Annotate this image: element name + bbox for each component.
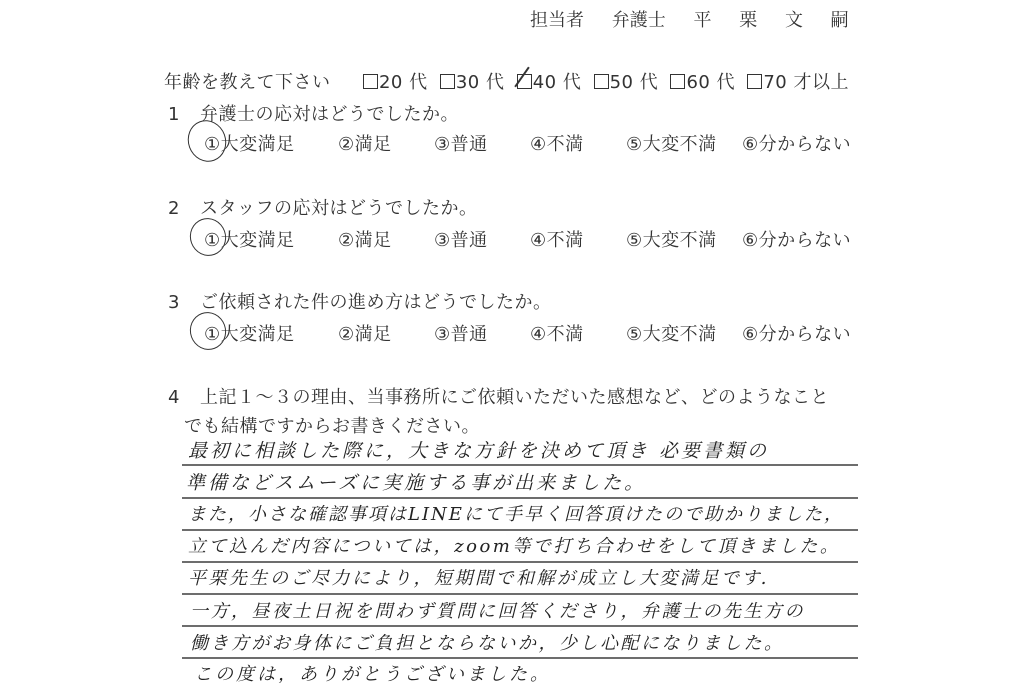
handwritten-line: 働き方がお身体にご負担とならないか，少し心配になりました。 [190, 629, 785, 655]
option-unknown[interactable]: ⑥分からない [742, 226, 851, 252]
age-option-label: 50 代 [610, 72, 659, 93]
option-neutral[interactable]: ③普通 [434, 320, 530, 346]
option-very-dissatisfied[interactable]: ⑤大変不満 [626, 130, 742, 156]
age-checkbox-70plus[interactable] [747, 74, 762, 89]
answer-rule [182, 657, 858, 659]
option-very-dissatisfied[interactable]: ⑤大変不満 [626, 226, 742, 252]
option-satisfied[interactable]: ②満足 [338, 320, 434, 346]
age-checkbox-60s[interactable] [670, 74, 685, 89]
option-neutral[interactable]: ③普通 [434, 226, 530, 252]
option-unknown[interactable]: ⑥分からない [742, 130, 851, 156]
question-4: 4上記１～３の理由、当事務所にご依頼いただいた感想など、どのようなこと [168, 383, 829, 409]
question-4-continued: でも結構ですからお書きください。 [184, 412, 480, 438]
handwritten-line: 準備などスムーズに実施する事が出来ました。 [186, 468, 646, 495]
age-option-label: 30 代 [456, 72, 505, 93]
age-checkbox-50s[interactable] [594, 74, 609, 89]
handwritten-line: また，小さな確認事項はLINEにて手早く回答頂けたので助かりました， [188, 500, 844, 526]
age-option-label: 60 代 [686, 72, 735, 93]
question-3-options: ①大変満足②満足③普通④不満⑤大変不満⑥分からない [204, 320, 851, 346]
age-prompt: 年齢を教えて下さい [164, 72, 331, 93]
staff-name-1: 平 [693, 10, 711, 31]
option-unknown[interactable]: ⑥分からない [742, 320, 851, 346]
option-satisfied[interactable]: ②満足 [338, 130, 434, 156]
question-number: 4 [168, 387, 200, 408]
age-option-label: 20 代 [379, 72, 428, 93]
staff-title: 弁護士 [612, 10, 666, 31]
staff-name-3: 文 [785, 10, 803, 31]
selection-circle-mark [185, 307, 232, 355]
answer-rule [182, 464, 858, 466]
handwritten-line: 一方，昼夜土日祝を問わず質問に回答くださり，弁護士の先生方の [190, 597, 805, 623]
question-text: 上記１～３の理由、当事務所にご依頼いただいた感想など、どのようなこと [200, 387, 829, 408]
option-very-dissatisfied[interactable]: ⑤大変不満 [626, 320, 742, 346]
option-satisfied[interactable]: ②満足 [338, 226, 434, 252]
question-number: 1 [168, 104, 200, 125]
answer-rule [182, 529, 858, 531]
question-1-options: ①大変満足②満足③普通④不満⑤大変不満⑥分からない [204, 130, 851, 156]
age-checkbox-30s[interactable] [440, 74, 455, 89]
staff-header: 担当者 弁護士 平 栗 文 嗣 [530, 6, 871, 32]
question-2: 2スタッフの応対はどうでしたか。 [168, 194, 478, 220]
age-option-label: 70 才以上 [763, 72, 849, 93]
staff-name-2: 栗 [739, 10, 757, 31]
handwritten-line: 最初に相談した際に，大きな方針を決めて頂き 必要書類の [188, 436, 769, 463]
question-number: 2 [168, 198, 200, 219]
option-dissatisfied[interactable]: ④不満 [530, 130, 626, 156]
handwritten-line: この度は，ありがとうございました。 [194, 660, 551, 683]
question-text: ご依頼された件の進め方はどうでしたか。 [200, 292, 552, 313]
option-neutral[interactable]: ③普通 [434, 130, 530, 156]
age-option-label: 40 代 [533, 72, 582, 93]
age-checkbox-20s[interactable] [363, 74, 378, 89]
option-dissatisfied[interactable]: ④不満 [530, 320, 626, 346]
handwritten-line: 平栗先生のご尽力により，短期間で和解が成立し大変満足です． [188, 564, 781, 590]
answer-rule [182, 593, 858, 595]
age-checkbox-40s[interactable] [517, 74, 532, 89]
answer-rule [182, 561, 858, 563]
question-text: 弁護士の応対はどうでしたか。 [200, 104, 459, 125]
selection-circle-mark [185, 213, 232, 261]
staff-label: 担当者 [530, 10, 584, 31]
handwritten-line: 立て込んだ内容については，zoom等で打ち合わせをして頂きました。 [188, 532, 840, 558]
age-question: 年齢を教えて下さい 20 代 30 代 40 代 50 代 60 代 70 才以… [164, 68, 849, 94]
question-2-options: ①大変満足②満足③普通④不満⑤大変不満⑥分からない [204, 226, 851, 252]
question-number: 3 [168, 292, 200, 313]
answer-rule [182, 497, 858, 499]
question-3: 3ご依頼された件の進め方はどうでしたか。 [168, 288, 552, 314]
answer-rule [182, 625, 858, 627]
staff-name-4: 嗣 [831, 10, 849, 31]
question-text: スタッフの応対はどうでしたか。 [200, 198, 478, 219]
option-dissatisfied[interactable]: ④不満 [530, 226, 626, 252]
